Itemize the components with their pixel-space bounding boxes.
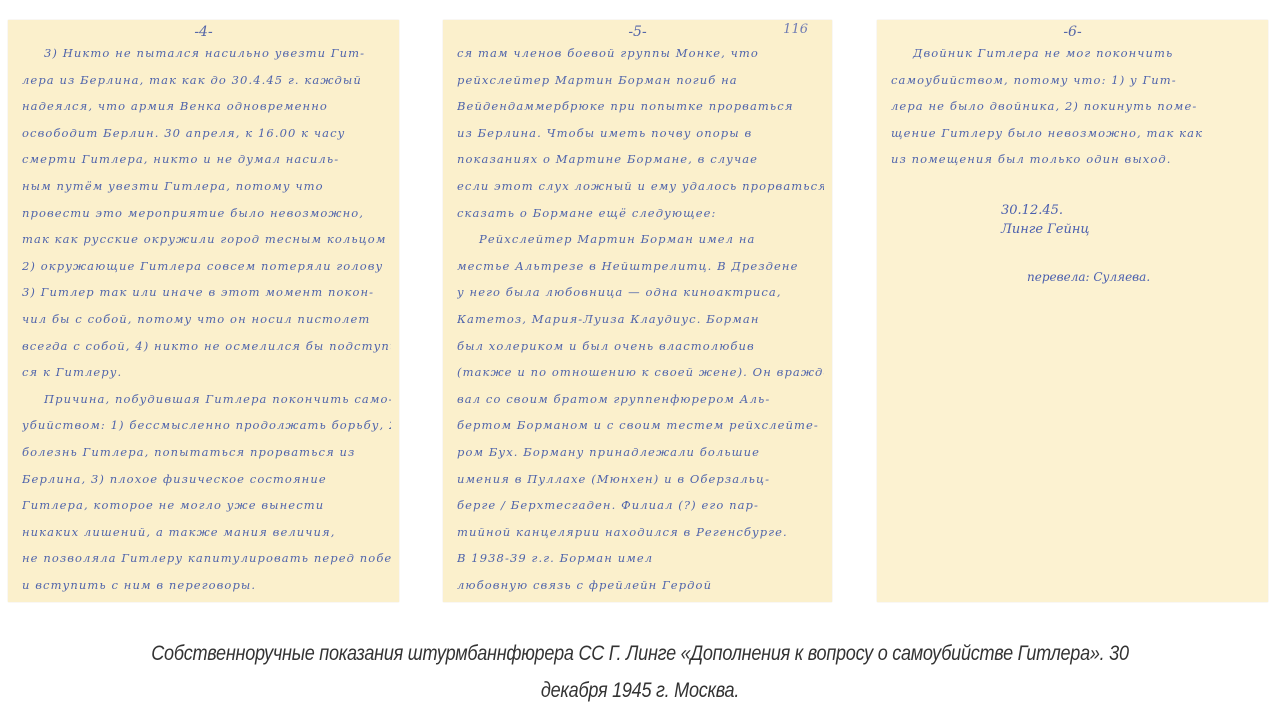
text-line: смерти Гитлера, никто и не думал насиль- [22, 146, 391, 173]
text-line: ся там членов боевой группы Монке, что [457, 40, 824, 67]
manuscript-page-6: -6- Двойник Гитлера не мог покончить сам… [877, 20, 1268, 602]
text-line: (также и по отношению к своей жене). Он … [457, 359, 824, 386]
handwritten-text: Двойник Гитлера не мог покончить самоуби… [891, 40, 1260, 173]
page-number: -4- [8, 24, 399, 40]
text-line: Причина, побудившая Гитлера покончить са… [22, 386, 391, 413]
text-line: если этот слух ложный и ему удалось прор… [457, 173, 824, 200]
text-line: 2) окружающие Гитлера совсем потеряли го… [22, 253, 391, 280]
manuscript-page-5: -5- 116 ся там членов боевой группы Монк… [443, 20, 832, 602]
signature: Линге Гейнц [1001, 222, 1090, 237]
text-line: освободит Берлин. 30 апреля, к 16.00 к ч… [22, 120, 391, 147]
text-line: имения в Пуллахе (Мюнхен) и в Оберзальц- [457, 466, 824, 493]
manuscript-page-4: -4- 3) Никто не пытался насильно увезти … [8, 20, 399, 602]
text-line: Бараповской, секретаршей Гитлера. [457, 598, 824, 602]
section-heading: Дополнения к показаниям о [22, 598, 391, 602]
text-line: вал со своим братом группенфюрером Аль- [457, 386, 824, 413]
text-line: Вейдендаммербрюке при попытке прорваться [457, 93, 824, 120]
figure-caption-line-1: Собственноручные показания штурмбаннфюре… [90, 642, 1191, 666]
text-line: рейхслейтер Мартин Борман погиб на [457, 67, 824, 94]
page-number: -5- [443, 24, 832, 40]
text-line: любовную связь с фрейлейн Гердой [457, 572, 824, 599]
text-line: самоубийством, потому что: 1) у Гит- [891, 67, 1260, 94]
text-line: Гитлера, которое не могло уже вынести [22, 492, 391, 519]
page-number: -6- [877, 24, 1268, 40]
translator-signature: перевела: Суляева. [1027, 270, 1150, 284]
text-line: чил бы с собой, потому что он носил пист… [22, 306, 391, 333]
text-line: Берлина, 3) плохое физическое состояние [22, 466, 391, 493]
text-line: из помещения был только один выход. [891, 146, 1260, 173]
text-line: тийной канцелярии находился в Регенсбург… [457, 519, 824, 546]
text-line: из Берлина. Чтобы иметь почву опоры в [457, 120, 824, 147]
text-line: ся к Гитлеру. [22, 359, 391, 386]
text-line: щение Гитлеру было невозможно, так как [891, 120, 1260, 147]
text-line: В 1938-39 г.г. Борман имел [457, 545, 824, 572]
text-line: Двойник Гитлера не мог покончить [891, 40, 1260, 67]
text-line: берге / Берхтесгаден. Филиал (?) его пар… [457, 492, 824, 519]
figure-caption-line-2: декабря 1945 г. Москва. [90, 679, 1191, 703]
handwritten-text: ся там членов боевой группы Монке, что р… [457, 40, 824, 602]
text-line: Рейхслейтер Мартин Борман имел на [457, 226, 824, 253]
text-line: так как русские окружили город тесным ко… [22, 226, 391, 253]
text-line: сказать о Бормане ещё следующее: [457, 200, 824, 227]
text-line: никаких лишений, а также мания величия, [22, 519, 391, 546]
text-line: надеялся, что армия Венка одновременно [22, 93, 391, 120]
text-line: местье Альтрезе в Нейштрелитц. В Дрезден… [457, 253, 824, 280]
text-line: убийством: 1) бессмысленно продолжать бо… [22, 412, 391, 439]
text-line: всегда с собой, 4) никто не осмелился бы… [22, 333, 391, 360]
text-line: у него была любовница — одна киноактриса… [457, 279, 824, 306]
text-line: бертом Борманом и с своим тестем рейхсле… [457, 412, 824, 439]
handwritten-text: 3) Никто не пытался насильно увезти Гит-… [22, 40, 391, 602]
text-line: лера из Берлина, так как до 30.4.45 г. к… [22, 67, 391, 94]
text-line: был холериком и был очень властолюбив [457, 333, 824, 360]
text-line: ным путём увезти Гитлера, потому что [22, 173, 391, 200]
text-line: 3) Гитлер так или иначе в этот момент по… [22, 279, 391, 306]
text-line: и вступить с ним в переговоры. [22, 572, 391, 599]
text-line: лера не было двойника, 2) покинуть поме- [891, 93, 1260, 120]
text-line: ром Бух. Борману принадлежали большие [457, 439, 824, 466]
date: 30.12.45. [1001, 203, 1063, 218]
archive-folio-number: 116 [783, 22, 808, 37]
text-line: Катетоз, Мария-Луиза Клаудиус. Борман [457, 306, 824, 333]
text-line: показаниях о Мартине Бормане, в случае [457, 146, 824, 173]
text-line: провести это мероприятие было невозможно… [22, 200, 391, 227]
text-line: 3) Никто не пытался насильно увезти Гит- [22, 40, 391, 67]
text-line: болезнь Гитлера, попытаться прорваться и… [22, 439, 391, 466]
text-line: не позволяла Гитлеру капитулировать пере… [22, 545, 391, 572]
